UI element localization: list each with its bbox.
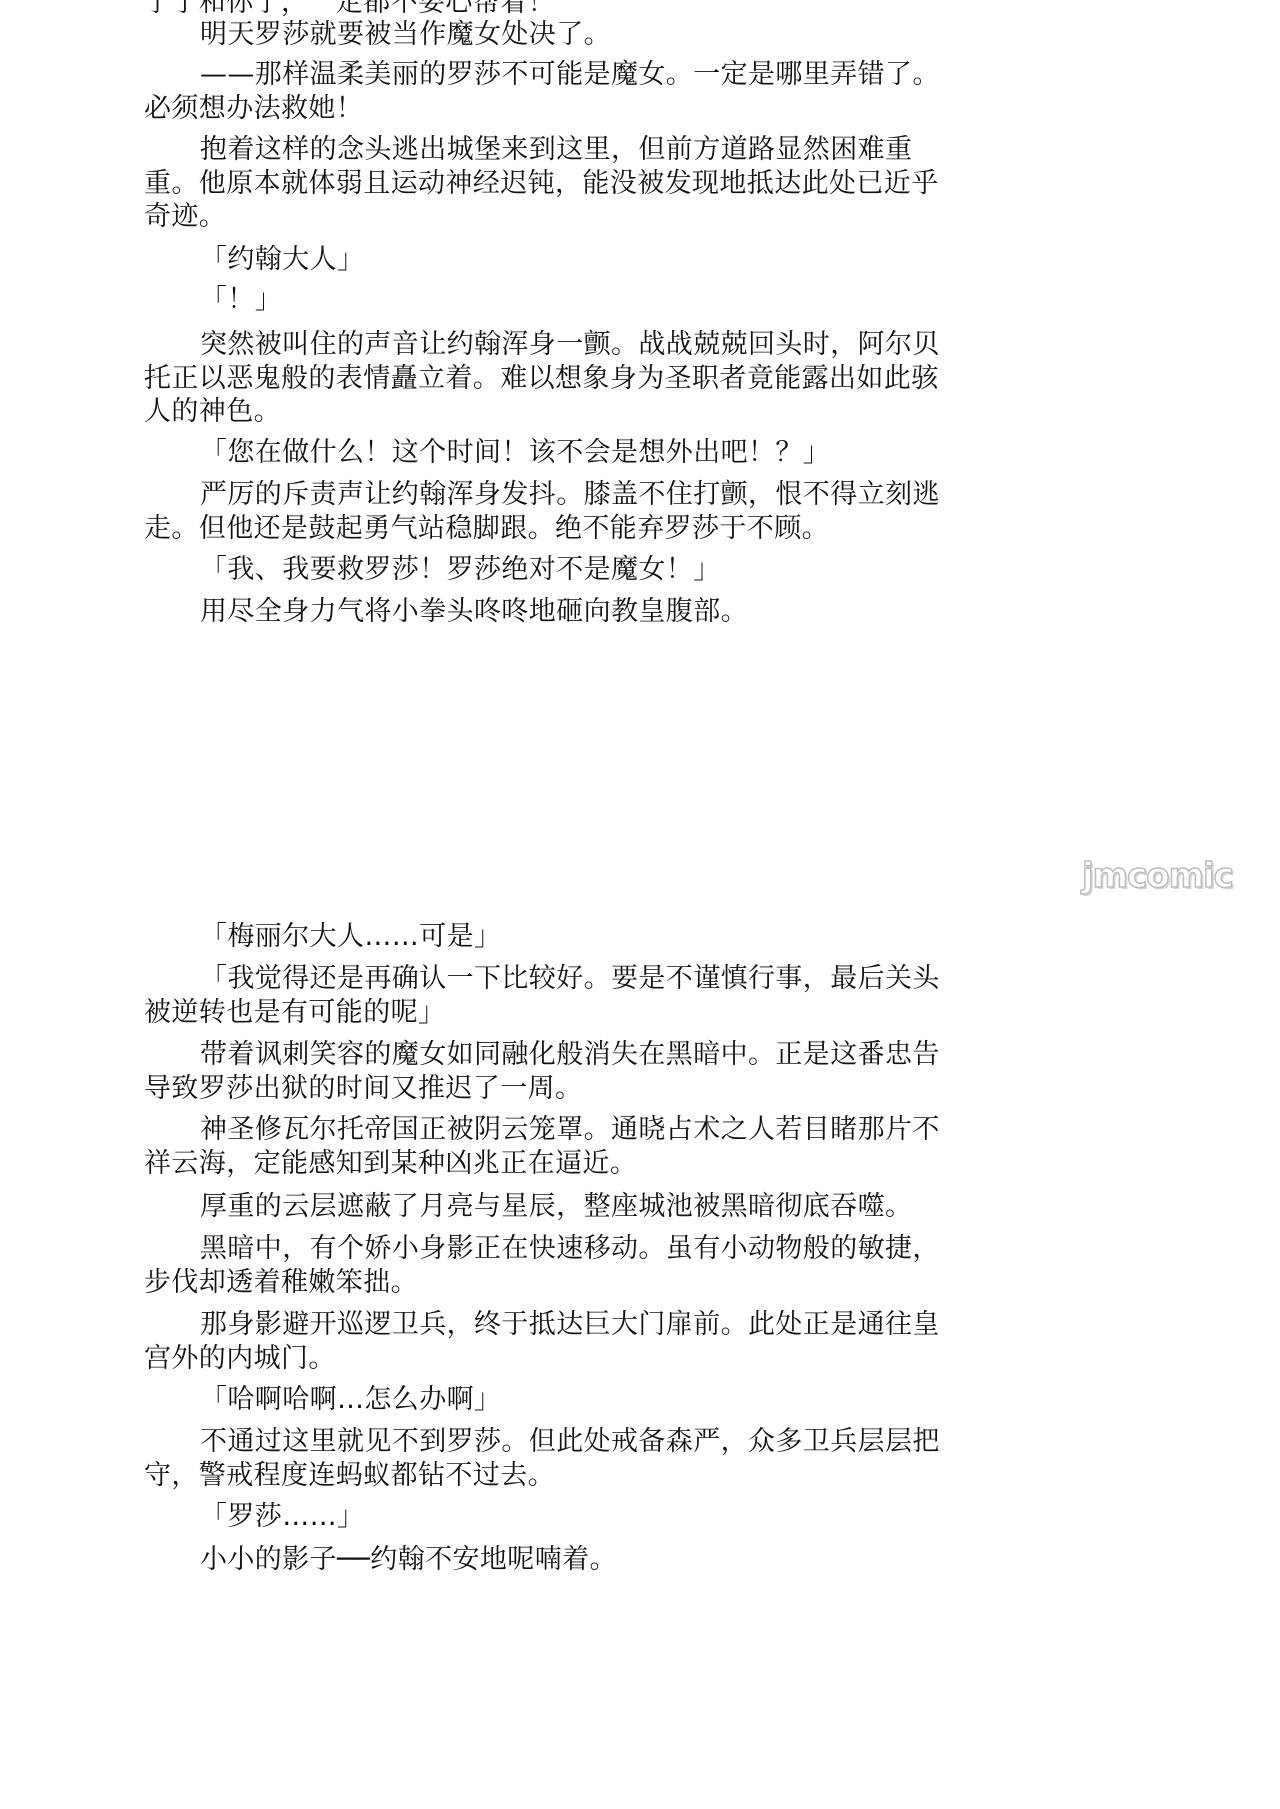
text-line: 步伐却透着稚嫩笨拙。 [144,1266,418,1300]
text-line: 被逆转也是有可能的呢」 [144,996,445,1030]
watermark-text: jmcomic [1082,856,1233,896]
text-line: 小小的影子──约翰不安地呢喃着。 [200,1543,617,1577]
text-line: 严厉的斥责声让约翰浑身发抖。膝盖不住打颤，恨不得立刻逃 [200,478,940,512]
text-line: 「约翰大人」 [200,243,364,277]
text-line: 人的神色。 [144,395,281,429]
text-line: 祥云海，定能感知到某种凶兆正在逼近。 [144,1147,637,1181]
text-line: 托正以恶鬼般的表情矗立着。难以想象身为圣职者竟能露出如此骇 [144,362,939,396]
text-line: 明天罗莎就要被当作魔女处决了。 [200,18,611,52]
text-line: 突然被叫住的声音让约翰浑身一颤。战战兢兢回头时，阿尔贝 [200,328,940,362]
text-line: 守，警戒程度连蚂蚁都钻不过去。 [144,1459,555,1493]
text-line: 「您在做什么！这个时间！该不会是想外出吧！？」 [200,436,830,470]
text-line: 不通过这里就见不到罗莎。但此处戒备森严，众多卫兵层层把 [200,1425,940,1459]
text-line: 用尽全身力气将小拳头咚咚地砸向教皇腹部。 [200,595,748,629]
text-line: 走。但他还是鼓起勇气站稳脚跟。绝不能弃罗莎于不顾。 [144,512,829,546]
text-line: 奇迹。 [144,200,226,234]
text-line: 重。他原本就体弱且运动神经迟钝，能没被发现地抵达此处已近乎 [144,167,939,201]
text-line: ——那样温柔美丽的罗莎不可能是魔女。一定是哪里弄错了。 [200,58,940,92]
text-line: 「我、我要救罗莎！罗莎绝对不是魔女！」 [200,553,721,587]
text-line: 「！」 [200,283,282,317]
text-line: 了了和你了，一定都不要心帮着！ [144,0,555,20]
text-line: 「我觉得还是再确认一下比较好。要是不谨慎行事，最后关头 [200,962,940,996]
text-line: 那身影避开巡逻卫兵，终于抵达巨大门扉前。此处正是通往皇 [200,1308,940,1342]
text-line: 宫外的内城门。 [144,1342,336,1376]
text-line: 带着讽刺笑容的魔女如同融化般消失在黑暗中。正是这番忠告 [200,1038,940,1072]
text-line: 导致罗莎出狱的时间又推迟了一周。 [144,1072,582,1106]
text-line: 「哈啊哈啊…怎么办啊」 [200,1383,501,1417]
text-line: 「罗莎……」 [200,1500,364,1534]
text-line: 厚重的云层遮蔽了月亮与星辰，整座城池被黑暗彻底吞噬。 [200,1190,912,1224]
text-line: 「梅丽尔大人……可是」 [200,920,501,954]
text-line: 黑暗中，有个娇小身影正在快速移动。虽有小动物般的敏捷， [200,1232,940,1266]
text-line: 神圣修瓦尔托帝国正被阴云笼罩。通晓占术之人若目睹那片不 [200,1113,940,1147]
text-line: 必须想办法救她！ [144,92,363,126]
text-line: 抱着这样的念头逃出城堡来到这里，但前方道路显然困难重 [200,133,912,167]
watermark-logo: jmcomic [1082,856,1233,896]
